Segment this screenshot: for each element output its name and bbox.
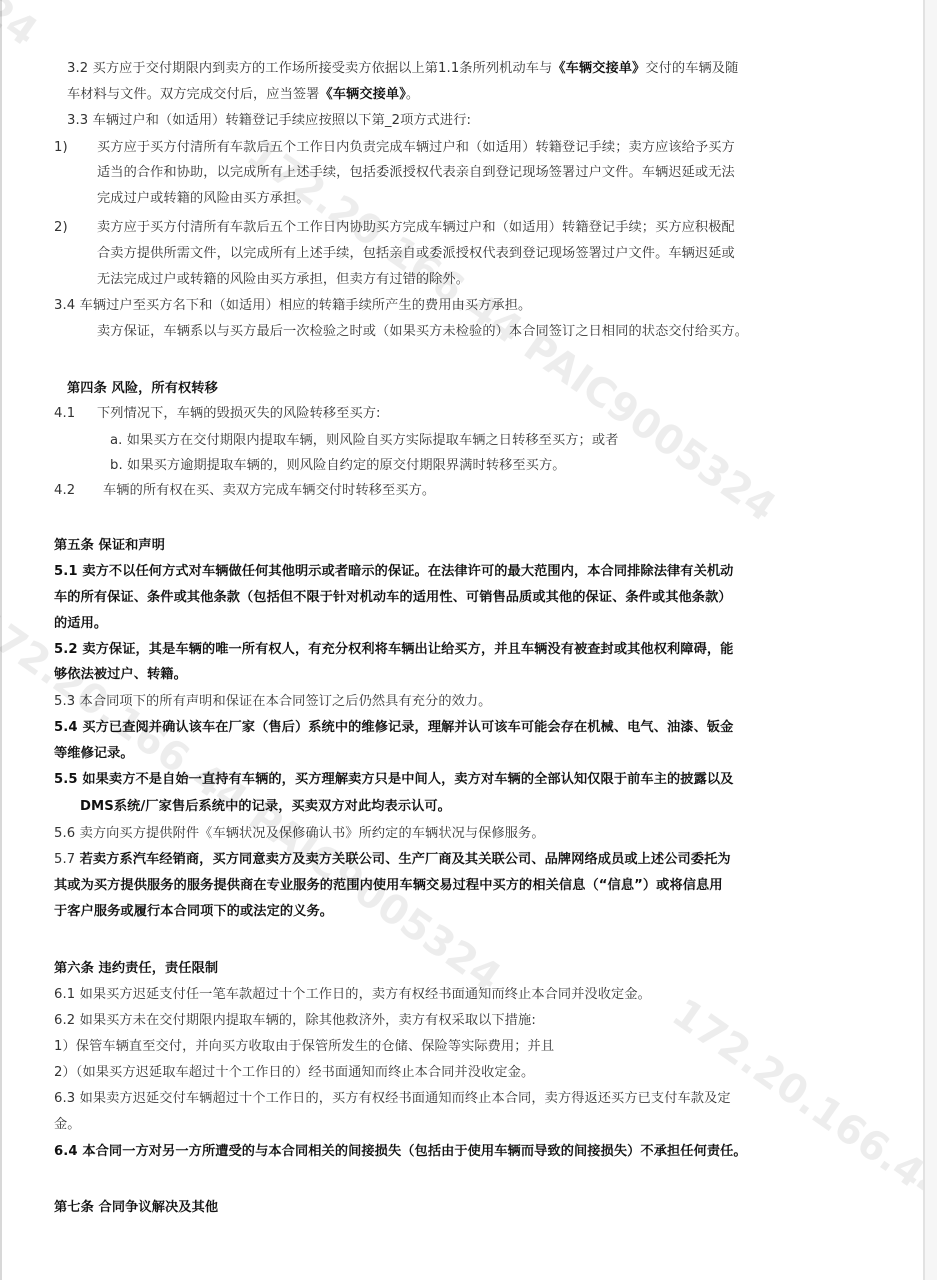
clause-6-3-line1: 6.3 如果卖方迟延交付车辆超过十个工作日的，买方有权经书面通知而终止本合同，卖… [54, 1090, 731, 1108]
clause-5-1-line3: 的适用。 [54, 615, 107, 633]
clause-4-1-b: b. 如果买方逾期提取车辆的，则风险自约定的原交付期限界满时转移至买方。 [110, 457, 566, 475]
clause-3-4-cont: 卖方保证，车辆系以与买方最后一次检验之时或（如果买方未检验的）本合同签订之日相同… [97, 323, 748, 341]
item-1-line1: 买方应于买方付清所有车款后五个工作日内负责完成车辆过户和（如适用）转籍登记手续；… [97, 139, 735, 157]
clause-6-1: 6.1 如果买方迟延支付任一笔车款超过十个工作日的，卖方有权经书面通知而终止本合… [54, 986, 651, 1004]
item-2-number: 2) [54, 219, 68, 237]
clause-3-2-text: 3.2 买方应于交付期限内到卖方的工作场所接受卖方依据以上第1.1条所列机动车与 [67, 61, 552, 76]
item-1-line2: 适当的合作和协助，以完成所有上述手续，包括委派授权代表亲自到登记现场签署过户文件… [97, 164, 735, 182]
clause-5-7-line3: 于客户服务或履行本合同项下的或法定的义务。 [54, 903, 333, 921]
clause-3-4: 3.4 车辆过户至买方名下和（如适用）相应的转籍手续所产生的费用由买方承担。 [54, 297, 531, 315]
clause-4-1: 下列情况下，车辆的毁损灭失的风险转移至买方: [97, 405, 381, 423]
watermark: 24 [0, 0, 46, 56]
clause-5-7-line2: 其或为买方提供服务的服务提供商在专业服务的范围内使用车辆交易过程中买方的相关信息… [54, 877, 723, 895]
item-1-line3: 完成过户或转籍的风险由买方承担。 [97, 190, 310, 208]
item-2-line1: 卖方应于买方付清所有车款后五个工作日内协助买方完成车辆过户和（如适用）转籍登记手… [97, 219, 735, 237]
clause-6-2: 6.2 如果买方未在交付期限内提取车辆的，除其他救济外，卖方有权采取以下措施: [54, 1012, 536, 1030]
clause-5-5-line2: DMS系统/厂家售后系统中的记录，买卖双方对此均表示认可。 [80, 798, 451, 816]
clause-6-2-item-1: 1）保管车辆直至交付，并向买方收取由于保管所发生的仓储、保险等实际费用；并且 [54, 1038, 554, 1056]
item-1-number: 1) [54, 139, 68, 157]
clause-5-4-line1: 5.4 买方已查阅并确认该车在厂家（售后）系统中的维修记录，理解并认可该车可能会… [54, 719, 733, 737]
clause-6-4: 6.4 本合同一方对另一方所遭受的与本合同相关的间接损失（包括由于使用车辆而导致… [54, 1143, 747, 1161]
clause-3-3: 3.3 车辆过户和（如适用）转籍登记手续应按照以下第_2项方式进行: [67, 112, 471, 130]
clause-5-6: 5.6 卖方向买方提供附件《车辆状况及保修确认书》所约定的车辆状况与保修服务。 [54, 825, 545, 843]
item-2-line2: 合卖方提供所需文件，以完成所有上述手续，包括亲自或委派授权代表到登记现场签署过户… [97, 245, 735, 263]
clause-6-2-item-2: 2）（如果买方迟延取车超过十个工作日的）经书面通知而终止本合同并没收定金。 [54, 1064, 534, 1082]
vertical-scrollbar[interactable] [923, 0, 937, 1280]
section-6-title: 第六条 违约责任，责任限制 [54, 960, 218, 978]
clause-3-2-cont: 车材料与文件。双方完成交付后，应当签署《车辆交接单》。 [67, 86, 419, 104]
clause-6-3-line2: 金。 [54, 1116, 81, 1134]
clause-3-2-text-end: 。 [406, 87, 419, 102]
item-2-line3: 无法完成过户或转籍的风险由买方承担，但卖方有过错的除外。 [97, 271, 469, 289]
handover-form-ref: 《车辆交接单》 [319, 87, 405, 102]
clause-4-2: 车辆的所有权在买、卖双方完成车辆交付时转移至买方。 [103, 482, 435, 500]
clause-3-2-text-end: 交付的车辆及随 [645, 61, 738, 76]
clause-5-2-line1: 5.2 卖方保证，其是车辆的唯一所有权人，有充分权利将车辆出让给买方，并且车辆没… [54, 641, 733, 659]
clause-5-7-text: 若卖方系汽车经销商，买方同意卖方及卖方关联公司、生产厂商及其关联公司、品牌网络成… [80, 852, 731, 867]
clause-5-4-line2: 等维修记录。 [54, 745, 134, 763]
section-7-title: 第七条 合同争议解决及其他 [54, 1199, 218, 1217]
handover-form-ref: 《车辆交接单》 [552, 61, 645, 76]
clause-4-2-number: 4.2 [54, 482, 75, 500]
clause-3-2-text: 车材料与文件。双方完成交付后，应当签署 [67, 87, 319, 102]
clause-5-1-line2: 车的所有保证、条件或其他条款（包括但不限于针对机动车的适用性、可销售品质或其他的… [54, 589, 732, 607]
clause-4-1-a: a. 如果买方在交付期限内提取车辆，则风险自买方实际提取车辆之日转移至买方；或者 [110, 432, 618, 450]
clause-4-1-number: 4.1 [54, 405, 75, 423]
clause-5-1-line1: 5.1 卖方不以任何方式对车辆做任何其他明示或者暗示的保证。在法律许可的最大范围… [54, 563, 733, 581]
clause-5-7-number: 5.7 [54, 852, 80, 867]
clause-5-2-line2: 够依法被过户、转籍。 [54, 666, 187, 684]
clause-3-2: 3.2 买方应于交付期限内到卖方的工作场所接受卖方依据以上第1.1条所列机动车与… [67, 60, 738, 78]
section-4-title: 第四条 风险，所有权转移 [67, 380, 218, 398]
page-left-edge [0, 0, 2, 1280]
clause-5-7-line1: 5.7 若卖方系汽车经销商，买方同意卖方及卖方关联公司、生产厂商及其关联公司、品… [54, 851, 731, 869]
clause-5-5-line1: 5.5 如果卖方不是自始一直持有车辆的，买方理解卖方只是中间人，卖方对车辆的全部… [54, 771, 733, 789]
section-5-title: 第五条 保证和声明 [54, 537, 165, 555]
clause-5-3: 5.3 本合同项下的所有声明和保证在本合同签订之后仍然具有充分的效力。 [54, 693, 491, 711]
